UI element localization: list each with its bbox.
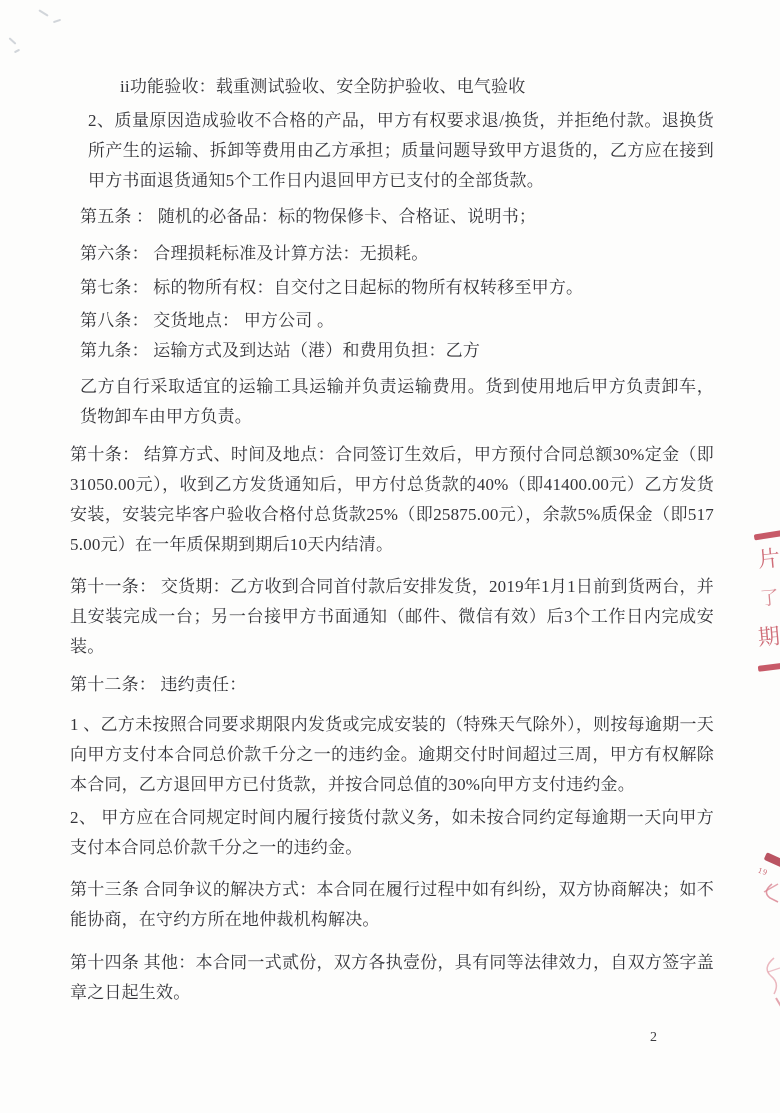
clause-7-ownership: 第七条： 标的物所有权：自交付之日起标的物所有权转移至甲方。 bbox=[80, 273, 714, 303]
clause-8-delivery-place: 第八条： 交货地点： 甲方公司 。 bbox=[80, 306, 714, 336]
stray-pencil-mark bbox=[8, 37, 16, 45]
clause-11-delivery-time: 第十一条： 交货期：乙方收到合同首付款后安排发货，2019年1月1日前到货两台，… bbox=[70, 572, 714, 662]
para-quality-returns: 2、质量原因造成验收不合格的产品，甲方有权要求退/换货，并拒绝付款。退换货所产生… bbox=[88, 106, 714, 196]
clause-13-dispute: 第十三条 合同争议的解决方式：本合同在履行过程中如有纠纷，双方协商解决；如不能协… bbox=[70, 875, 714, 935]
seal-stroke-marks bbox=[738, 850, 780, 1015]
para-liability-buyer: 2、 甲方应在合同规定时间内履行接货付款义务，如未按合同约定每逾期一天向甲方支付… bbox=[70, 803, 714, 863]
contract-body: ii功能验收：载重测试验收、安全防护验收、电气验收 2、质量原因造成验收不合格的… bbox=[70, 72, 714, 1008]
seal-edge-bar bbox=[758, 662, 780, 672]
seal-glyph: 片 bbox=[757, 547, 780, 572]
clause-14-other: 第十四条 其他：本合同一式贰份，双方各执壹份，具有同等法律效力，自双方签字盖章之… bbox=[70, 948, 714, 1008]
clause-9-transport: 第九条： 运输方式及到达站（港）和费用负担：乙方 bbox=[80, 336, 714, 366]
clause-10-payment: 第十条： 结算方式、时间及地点：合同签订生效后，甲方预付合同总额30%定金（即3… bbox=[70, 440, 714, 560]
seal-edge-bar bbox=[754, 530, 780, 541]
stray-pencil-mark bbox=[38, 9, 48, 17]
clause-5-accessories: 第五条 ： 随机的必备品：标的物保修卡、合格证、说明书； bbox=[80, 202, 714, 232]
red-seal-fragment-upper: 片 了 期 bbox=[742, 524, 780, 676]
seal-glyph: 了 bbox=[759, 587, 780, 612]
clause-6-wear-standard: 第六条： 合理损耗标准及计算方法：无损耗。 bbox=[80, 239, 714, 269]
para-transport-detail: 乙方自行采取适宜的运输工具运输并负责运输费用。货到使用地后甲方负责卸车，货物卸车… bbox=[80, 372, 714, 432]
line-function-acceptance: ii功能验收：载重测试验收、安全防护验收、电气验收 bbox=[120, 72, 714, 102]
seal-glyph: 期 bbox=[757, 625, 780, 650]
red-seal-fragment-lower: 19 bbox=[738, 850, 780, 1015]
scanned-contract-page: ii功能验收：载重测试验收、安全防护验收、电气验收 2、质量原因造成验收不合格的… bbox=[0, 0, 780, 1113]
para-liability-seller: 1 、乙方未按照合同要求期限内发货或完成安装的（特殊天气除外），则按每逾期一天向… bbox=[70, 710, 714, 800]
stray-pencil-mark bbox=[14, 49, 20, 54]
page-number: 2 bbox=[650, 1030, 657, 1046]
stray-pencil-mark bbox=[53, 19, 61, 23]
clause-12-liability: 第十二条： 违约责任： bbox=[70, 670, 714, 700]
